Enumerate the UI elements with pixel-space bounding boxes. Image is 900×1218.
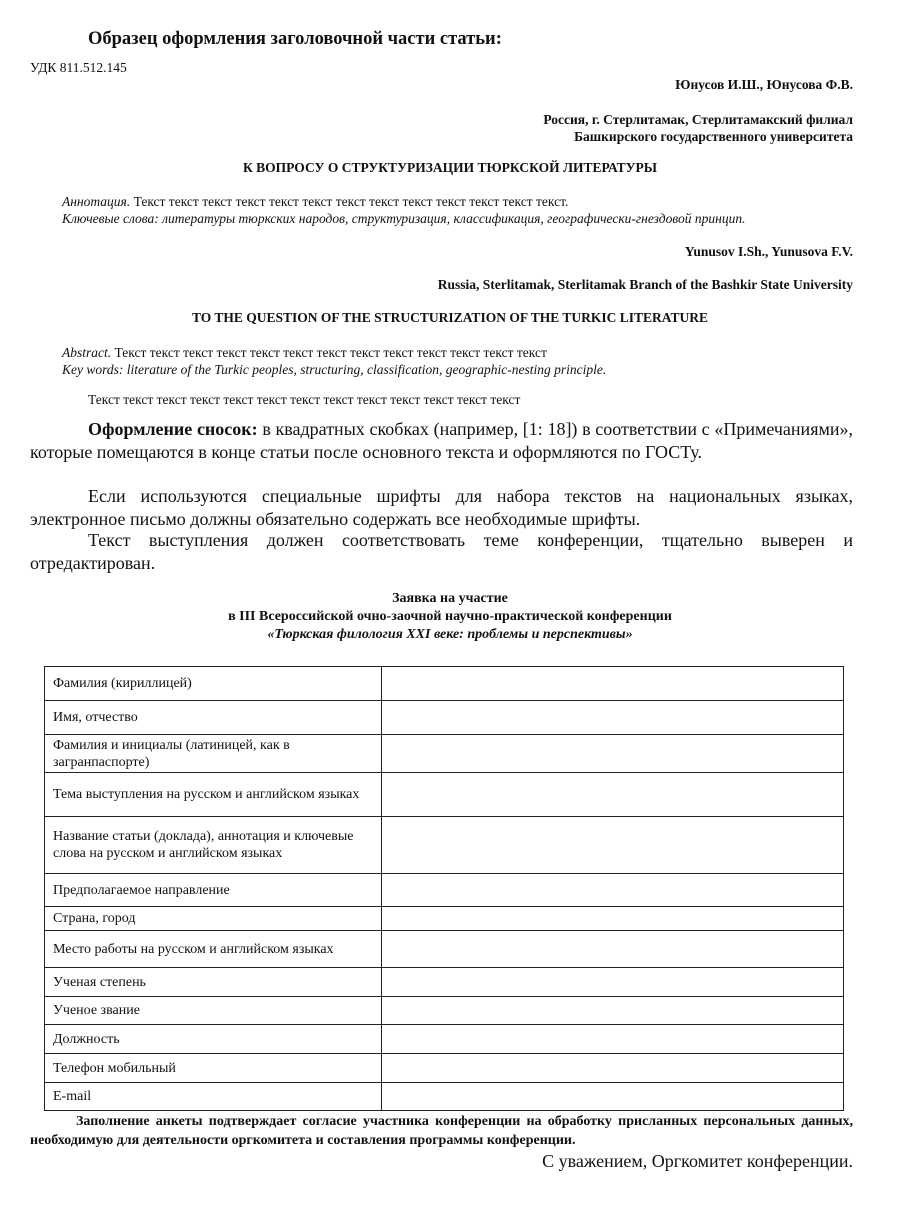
field-value[interactable] <box>382 968 844 997</box>
field-label: Место работы на русском и английском язы… <box>45 931 382 968</box>
form-row: Предполагаемое направление <box>45 874 844 907</box>
signoff: С уважением, Оргкомитет конференции. <box>542 1151 853 1172</box>
form-row: Ученое звание <box>45 997 844 1025</box>
form-row: Должность <box>45 1025 844 1054</box>
annotation-label: Аннотация. <box>62 194 130 209</box>
conference-name: в III Всероссийской очно-заочной научно-… <box>0 608 900 626</box>
article-title-ru: К ВОПРОСУ О СТРУКТУРИЗАЦИИ ТЮРКСКОЙ ЛИТЕ… <box>0 160 900 176</box>
form-row: Место работы на русском и английском язы… <box>45 931 844 968</box>
form-row: Фамилия (кириллицей) <box>45 667 844 701</box>
application-form: Фамилия (кириллицей)Имя, отчествоФамилия… <box>44 666 844 1111</box>
abstract-label: Abstract. <box>62 345 111 360</box>
field-label: Телефон мобильный <box>45 1054 382 1083</box>
form-row: Страна, город <box>45 907 844 931</box>
content-rule: Текст выступления должен соответствовать… <box>30 529 853 574</box>
field-label: E-mail <box>45 1083 382 1111</box>
field-label: Фамилия и инициалы (латиницей, как в заг… <box>45 735 382 773</box>
form-row: Телефон мобильный <box>45 1054 844 1083</box>
affiliation-ru-line2: Башкирского государственного университет… <box>543 128 853 145</box>
field-value[interactable] <box>382 1054 844 1083</box>
field-value[interactable] <box>382 907 844 931</box>
field-value[interactable] <box>382 735 844 773</box>
authors-en: Yunusov I.Sh., Yunusova F.V. <box>685 244 853 260</box>
field-value[interactable] <box>382 997 844 1025</box>
field-label: Ученое звание <box>45 997 382 1025</box>
form-row: Фамилия и инициалы (латиницей, как в заг… <box>45 735 844 773</box>
fonts-rule: Если используются специальные шрифты для… <box>30 485 853 530</box>
annotation-ru: Аннотация. Текст текст текст текст текст… <box>62 193 745 227</box>
field-label: Фамилия (кириллицей) <box>45 667 382 701</box>
affiliation-en: Russia, Sterlitamak, Sterlitamak Branch … <box>438 277 853 293</box>
field-label: Должность <box>45 1025 382 1054</box>
body-text-sample: Текст текст текст текст текст текст текс… <box>88 392 520 408</box>
form-row: Тема выступления на русском и английском… <box>45 773 844 817</box>
udk-code: УДК 811.512.145 <box>30 60 127 76</box>
consent-note: Заполнение анкеты подтверждает согласие … <box>30 1112 853 1150</box>
field-value[interactable] <box>382 773 844 817</box>
application-heading-block: Заявка на участие в III Всероссийской оч… <box>0 590 900 644</box>
field-value[interactable] <box>382 1083 844 1111</box>
affiliation-ru: Россия, г. Стерлитамак, Стерлитамакский … <box>543 111 853 145</box>
abstract-en: Abstract. Текст текст текст текст текст … <box>62 344 606 378</box>
form-row: Ученая степень <box>45 968 844 997</box>
field-value[interactable] <box>382 667 844 701</box>
affiliation-ru-line1: Россия, г. Стерлитамак, Стерлитамакский … <box>543 111 853 128</box>
sample-title: Образец оформления заголовочной части ст… <box>88 29 502 50</box>
field-label: Страна, город <box>45 907 382 931</box>
field-label: Тема выступления на русском и английском… <box>45 773 382 817</box>
form-row: E-mail <box>45 1083 844 1111</box>
field-value[interactable] <box>382 931 844 968</box>
authors-ru: Юнусов И.Ш., Юнусова Ф.В. <box>675 77 853 93</box>
keywords-ru: Ключевые слова: литературы тюркских наро… <box>62 211 745 226</box>
field-label: Ученая степень <box>45 968 382 997</box>
field-value[interactable] <box>382 701 844 735</box>
footnotes-rule: Оформление сносок: в квадратных скобках … <box>30 418 853 463</box>
field-label: Имя, отчество <box>45 701 382 735</box>
field-value[interactable] <box>382 817 844 874</box>
annotation-text: Текст текст текст текст текст текст текс… <box>130 194 568 209</box>
footnotes-label: Оформление сносок: <box>88 419 258 439</box>
field-label: Название статьи (доклада), аннотация и к… <box>45 817 382 874</box>
application-heading: Заявка на участие <box>0 590 900 608</box>
field-value[interactable] <box>382 1025 844 1054</box>
article-title-en: TO THE QUESTION OF THE STRUCTURIZATION O… <box>0 310 900 326</box>
field-value[interactable] <box>382 874 844 907</box>
conference-title: «Тюркская филология XXI веке: проблемы и… <box>267 627 632 642</box>
keywords-en: Key words: literature of the Turkic peop… <box>62 362 606 377</box>
form-row: Имя, отчество <box>45 701 844 735</box>
field-label: Предполагаемое направление <box>45 874 382 907</box>
abstract-text: Текст текст текст текст текст текст текс… <box>111 345 547 360</box>
form-row: Название статьи (доклада), аннотация и к… <box>45 817 844 874</box>
